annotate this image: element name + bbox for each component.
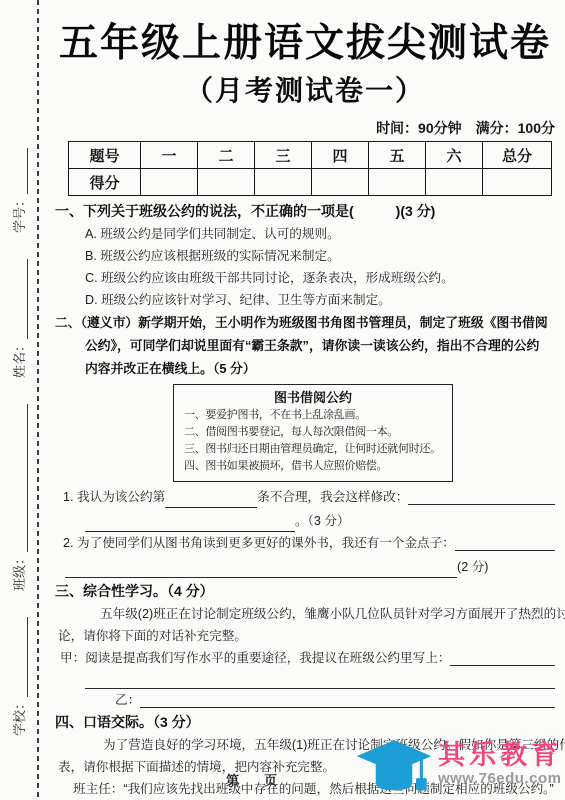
field-school: 学校： bbox=[9, 617, 28, 736]
section2-q1-line1: 1. 我认为该公约第 条不合理，我会这样修改： bbox=[55, 486, 555, 508]
score-header-cell: 六 bbox=[426, 142, 483, 169]
section1-heading: 一、下列关于班级公约的说法，不正确的一项是( )(3 分) bbox=[55, 200, 555, 223]
score-header-cell: 三 bbox=[255, 142, 312, 169]
score-empty-cell bbox=[255, 169, 312, 196]
jia-continuation-blank bbox=[85, 669, 555, 689]
library-rule-1: 一、要爱护图书，不在书上乱涂乱画。 bbox=[184, 407, 442, 424]
section3-para1: 五年级(2)班正在讨论制定班级公约，雏鹰小队几位队员针对学习方面展开了热烈的讨 bbox=[55, 603, 555, 625]
score-table-score-row: 得分 bbox=[69, 169, 552, 196]
score-row-label: 得分 bbox=[69, 169, 141, 196]
section1-option-a: A. 班级公约是同学们共同制定、认可的规则。 bbox=[55, 223, 555, 245]
score-empty-cell bbox=[312, 169, 369, 196]
section2-line2: 公约》，可同学们却说里面有“霸王条款”，请你读一读该公约，指出不合理的公约 bbox=[55, 334, 555, 357]
score-header-cell: 五 bbox=[369, 142, 426, 169]
yi-blank bbox=[140, 692, 555, 708]
time-and-score-info: 时间：90分钟 满分：100分 bbox=[55, 119, 555, 137]
page-number-label: 第 页 bbox=[226, 770, 283, 789]
section1-option-d: D. 班级公约应该针对学习、纪律、卫生等方面来制定。 bbox=[55, 289, 555, 311]
field-class-label: 班级： bbox=[9, 552, 28, 591]
binding-margin-fields: 学校： 班级： 姓名： 学号： bbox=[2, 96, 34, 736]
library-rules-box: 图书借阅公约 一、要爱护图书，不在书上乱涂乱画。 二、借阅图书要登记，每人每次限… bbox=[173, 384, 453, 482]
library-rule-3: 三、图书归还日期由管理员确定，让何时还就何时还。 bbox=[184, 441, 442, 458]
field-student-number-label: 学号： bbox=[9, 194, 28, 233]
section2-q2-line2: (2 分) bbox=[55, 554, 555, 578]
jia-text: 甲：阅读是提高我们写作水平的重要途径，我提议在班级公约里写上： bbox=[60, 647, 450, 669]
score-empty-cell bbox=[198, 169, 255, 196]
q2-blank-2 bbox=[65, 562, 457, 578]
logo-text-block: 其乐教育 www.76edu.com bbox=[438, 740, 562, 788]
score-header-cell: 四 bbox=[312, 142, 369, 169]
section1-option-b: B. 班级公约应该根据班级的实际情况来制定。 bbox=[55, 245, 555, 267]
section2-line1: 二、（遵义市）新学期开始，王小明作为班级图书角图书管理员，制定了班级《图书借阅 bbox=[55, 311, 555, 334]
field-student-number: 学号： bbox=[9, 148, 28, 233]
field-name-blank bbox=[14, 259, 28, 339]
score-header-cell: 总分 bbox=[483, 142, 552, 169]
q2-text-pre: 2. 为了使同学们从图书角读到更多更好的课外书，我还有一个金点子： bbox=[63, 532, 455, 554]
field-school-label: 学校： bbox=[9, 697, 28, 736]
q1-blank-2 bbox=[408, 489, 555, 505]
score-header-cell: 题号 bbox=[69, 142, 141, 169]
q1-text-pre: 1. 我认为该公约第 bbox=[63, 486, 165, 508]
score-empty-cell bbox=[483, 169, 552, 196]
test-paper-page: 学校： 班级： 姓名： 学号： 五年级上册语文拔尖测试卷 （月考测试卷一） 时间… bbox=[0, 0, 565, 800]
library-rule-4: 四、图书如果被损坏，借书人应照价赔偿。 bbox=[184, 458, 442, 475]
binding-dashed-line bbox=[37, 0, 39, 800]
yi-text: 乙： bbox=[115, 689, 140, 711]
section2-q2-line1: 2. 为了使同学们从图书角读到更多更好的课外书，我还有一个金点子： bbox=[55, 532, 555, 554]
section2-line3: 内容并改正在横线上。（5 分） bbox=[55, 357, 555, 380]
score-empty-cell bbox=[141, 169, 198, 196]
q1-blank-3 bbox=[85, 516, 295, 532]
paper-subtitle: （月考测试卷一） bbox=[55, 72, 555, 110]
score-header-cell: 二 bbox=[198, 142, 255, 169]
q2-text-end: (2 分) bbox=[457, 556, 488, 578]
field-school-blank bbox=[14, 617, 28, 697]
logo-brand-name: 其乐教育 bbox=[438, 740, 562, 770]
q1-text-mid: 条不合理，我会这样修改： bbox=[257, 486, 408, 508]
section3-yi-line: 乙： bbox=[55, 689, 555, 711]
score-table-header-row: 题号 一 二 三 四 五 六 总分 bbox=[69, 142, 552, 169]
library-rule-2: 二、借阅图书要登记，每人每次限借阅一本。 bbox=[184, 424, 442, 441]
section3-para2: 论，请你将下面的对话补充完整。 bbox=[55, 625, 555, 647]
field-class-blank bbox=[14, 404, 28, 552]
score-empty-cell bbox=[426, 169, 483, 196]
section3-jia-line: 甲：阅读是提高我们写作水平的重要途径，我提议在班级公约里写上： bbox=[55, 647, 555, 669]
score-empty-cell bbox=[369, 169, 426, 196]
field-name-label: 姓名： bbox=[9, 339, 28, 378]
section3-heading: 三、综合性学习。（4 分） bbox=[55, 580, 555, 603]
field-class: 班级： bbox=[9, 404, 28, 591]
jia-blank bbox=[450, 650, 555, 666]
section4-heading: 四、口语交际。（3 分） bbox=[55, 711, 555, 734]
q1-text-end: 。（3 分） bbox=[295, 510, 350, 532]
section2-q1-line2: 。（3 分） bbox=[55, 508, 555, 532]
qile-education-logo: 其乐教育 www.76edu.com bbox=[356, 740, 562, 798]
field-name: 姓名： bbox=[9, 259, 28, 378]
main-content: 五年级上册语文拔尖测试卷 （月考测试卷一） 时间：90分钟 满分：100分 题号… bbox=[55, 0, 555, 800]
logo-website-url: www.76edu.com bbox=[438, 770, 562, 788]
library-rules-title: 图书借阅公约 bbox=[184, 389, 442, 407]
section1-option-c: C. 班级公约应该由班级干部共同讨论，逐条表决，形成班级公约。 bbox=[55, 267, 555, 289]
q2-blank-1 bbox=[455, 535, 555, 551]
graduation-cap-icon bbox=[356, 740, 432, 798]
q1-blank-1 bbox=[165, 492, 257, 508]
score-table: 题号 一 二 三 四 五 六 总分 得分 bbox=[68, 141, 552, 196]
field-student-number-blank bbox=[14, 148, 28, 194]
score-header-cell: 一 bbox=[141, 142, 198, 169]
paper-title: 五年级上册语文拔尖测试卷 bbox=[55, 20, 555, 68]
